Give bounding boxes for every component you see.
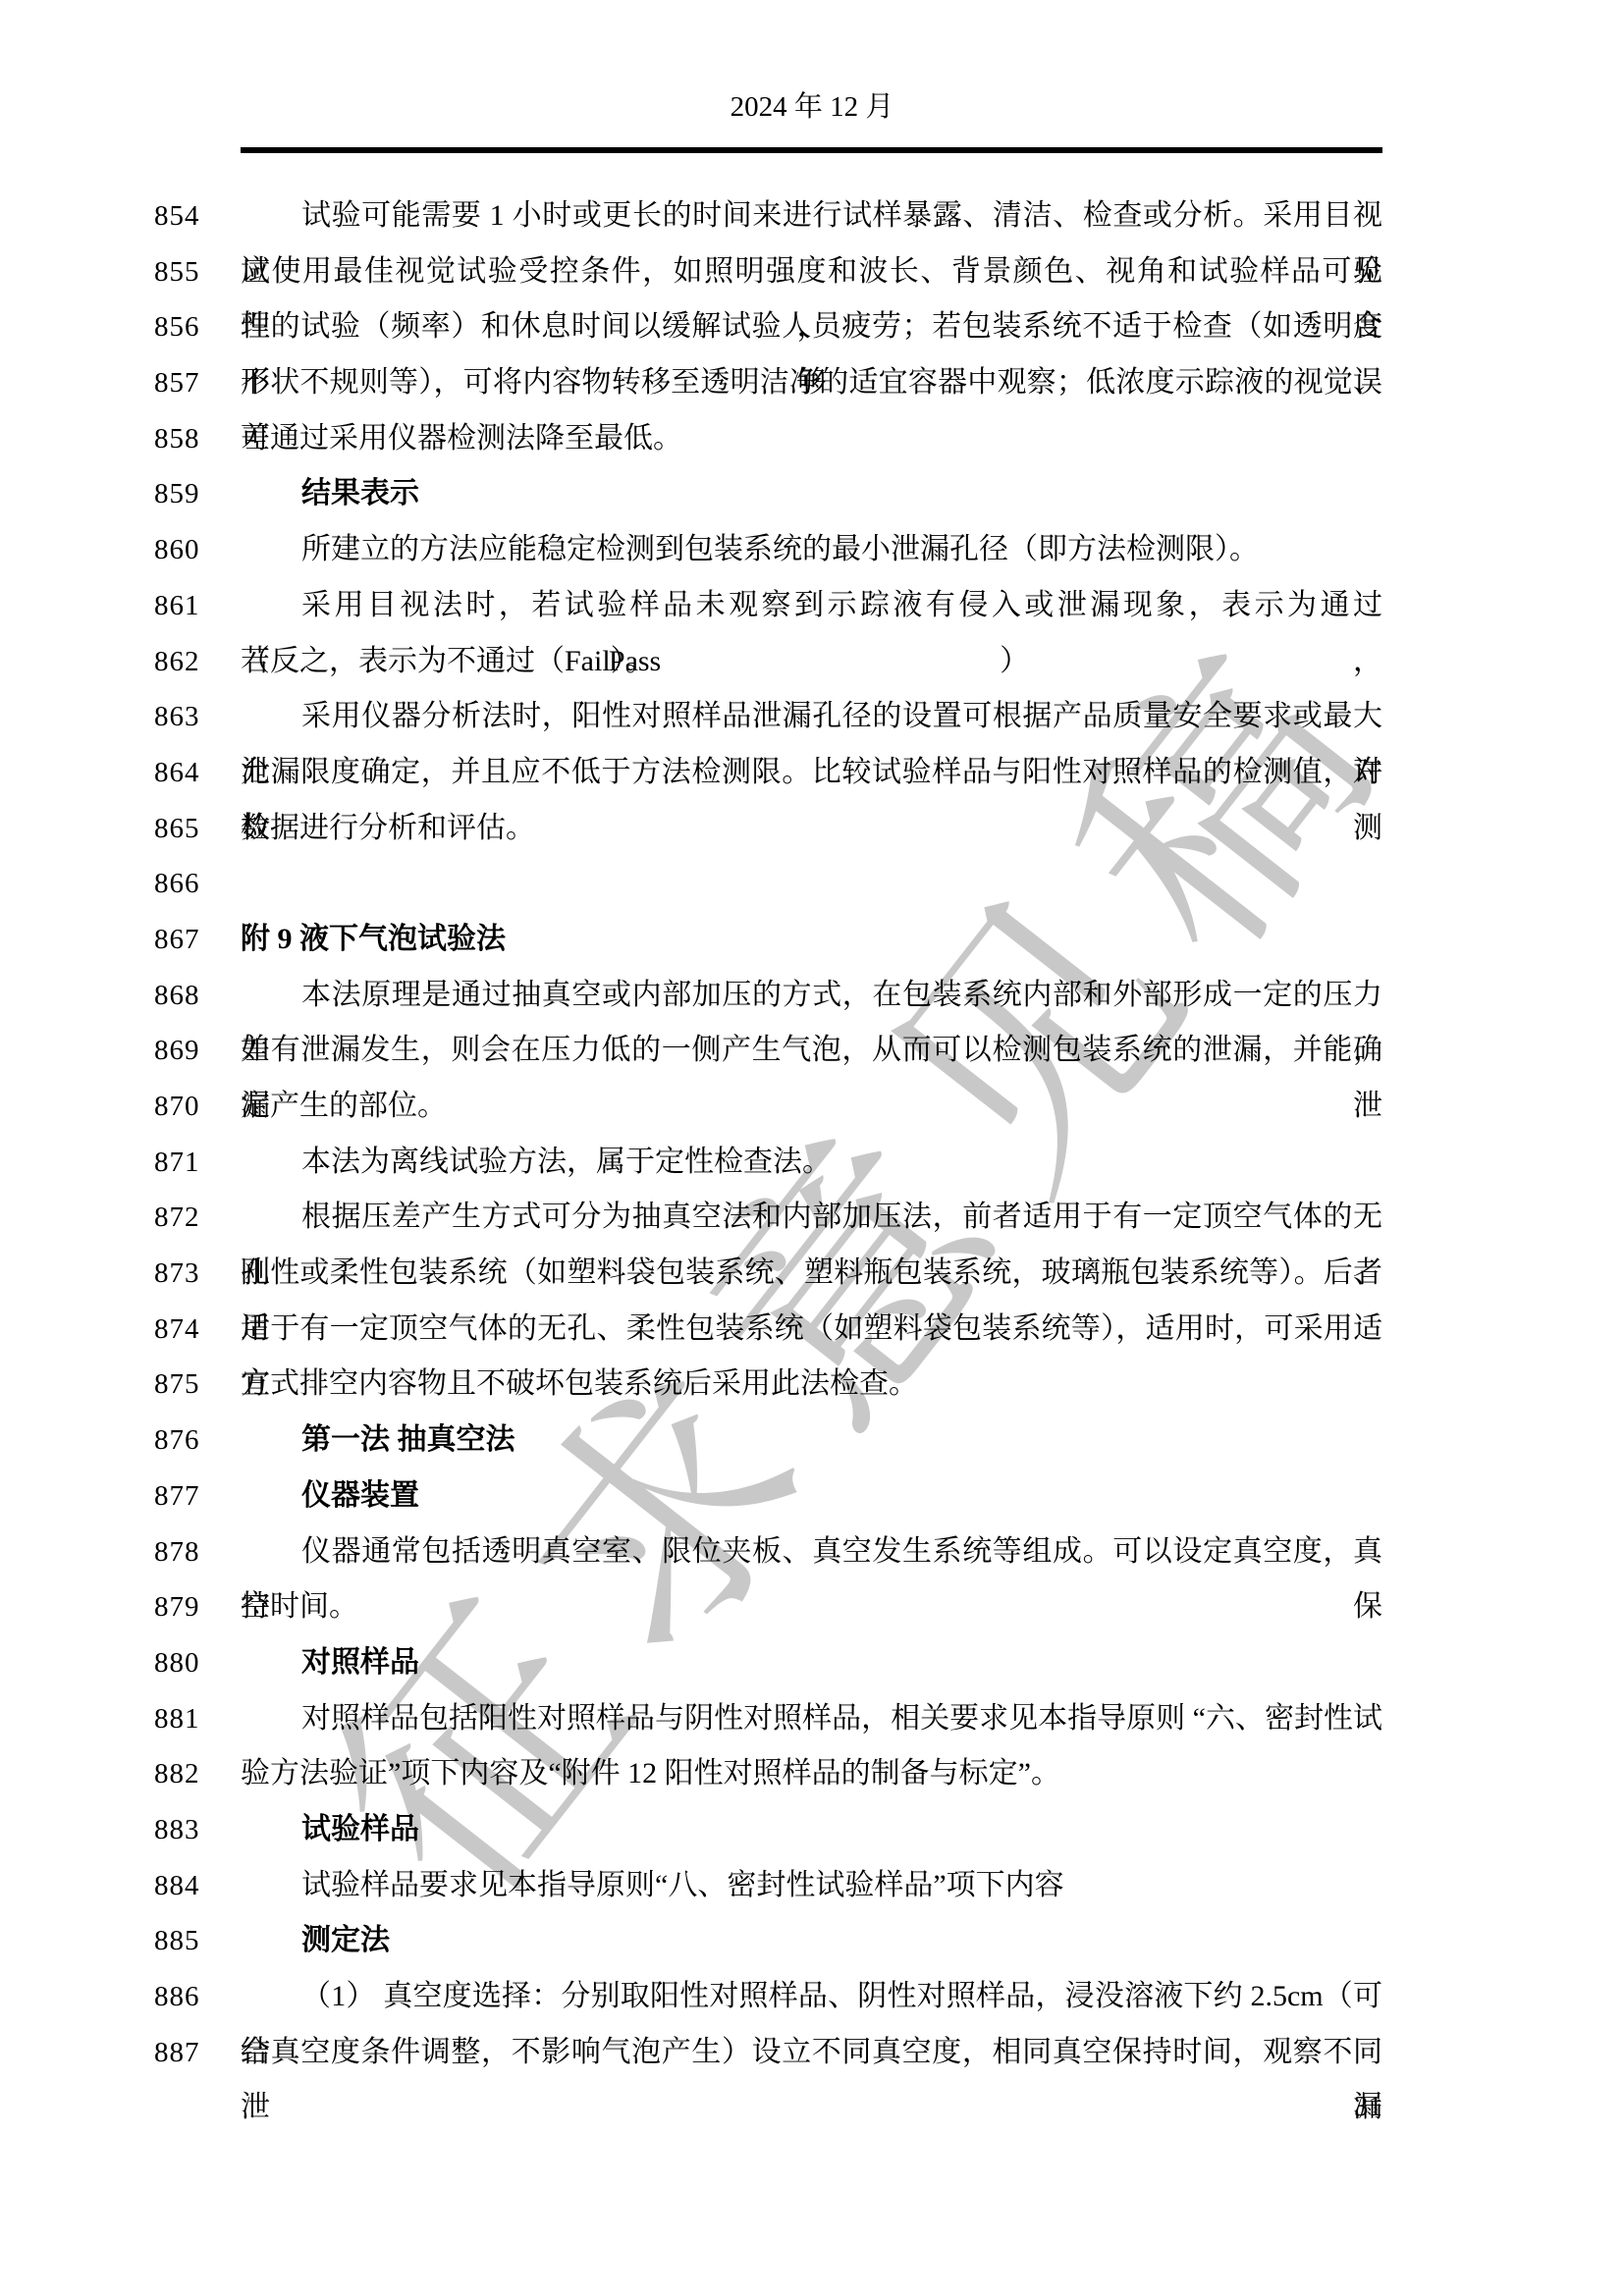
document-line: 886 （1） 真空度选择：分别取阳性对照样品、阴性对照样品，浸没溶液下约 2.… (0, 1969, 1624, 2025)
document-line: 877 仪器装置 (0, 1468, 1624, 1524)
line-text: 持时间。 (241, 1579, 1382, 1635)
line-text: 第一法 抽真空法 (241, 1413, 1382, 1468)
document-line: 854 试验可能需要 1 小时或更长的时间来进行试样暴露、清洁、检查或分析。采用… (0, 188, 1624, 244)
document-line: 866 (0, 856, 1624, 912)
line-number: 856 (154, 299, 200, 355)
line-text: 可通过采用仪器检测法降至最低。 (241, 411, 1382, 467)
line-text: 试验样品 (241, 1802, 1382, 1858)
line-text: 所建立的方法应能稳定检测到包装系统的最小泄漏孔径（即方法检测限）。 (241, 522, 1382, 578)
document-line: 868 本法原理是通过抽真空或内部加压的方式，在包装系统内部和外部形成一定的压力… (0, 968, 1624, 1024)
document-line: 882 验方法验证”项下内容及“附件 12 阳性对照样品的制备与标定”。 (0, 1746, 1624, 1802)
document-line: 871 本法为离线试验方法，属于定性检查法。 (0, 1135, 1624, 1191)
line-number: 879 (154, 1579, 200, 1635)
document-page: 征求意见稿 2024 年 12 月 854 试验可能需要 1 小时或更长的时间来… (0, 0, 1624, 2296)
document-line: 870 漏产生的部位。 (0, 1079, 1624, 1135)
document-line: 884 试验样品要求见本指导原则“八、密封性试验样品”项下内容 (0, 1858, 1624, 1914)
document-body: 854 试验可能需要 1 小时或更长的时间来进行试样暴露、清洁、检查或分析。采用… (0, 188, 1624, 2080)
line-number: 868 (154, 968, 200, 1024)
document-line: 874 用于有一定顶空气体的无孔、柔性包装系统（如塑料袋包装系统等），适用时，可… (0, 1302, 1624, 1358)
document-line: 881 对照样品包括阳性对照样品与阴性对照样品，相关要求见本指导原则 “六、密封… (0, 1691, 1624, 1747)
line-text: 数据进行分析和评估。 (241, 801, 1382, 857)
line-number: 855 (154, 244, 200, 300)
line-number: 885 (154, 1913, 200, 1969)
document-line: 857 形状不规则等），可将内容物转移至透明洁净的适宜容器中观察；低浓度示踪液的… (0, 355, 1624, 411)
line-number: 887 (154, 2025, 200, 2081)
line-number: 866 (154, 856, 200, 912)
page-number: 31 (241, 2091, 1382, 2123)
document-line: 873 刚性或柔性包装系统（如塑料袋包装系统、塑料瓶包装系统，玻璃瓶包装系统等）… (0, 1246, 1624, 1302)
document-line: 875 方式排空内容物且不破坏包装系统后采用此法检查。 (0, 1357, 1624, 1413)
line-number: 880 (154, 1635, 200, 1691)
document-line: 887 合真空度条件调整，不影响气泡产生）设立不同真空度，相同真空保持时间，观察… (0, 2025, 1624, 2081)
line-number: 883 (154, 1802, 200, 1858)
document-line: 883 试验样品 (0, 1802, 1624, 1858)
line-text: 试验样品要求见本指导原则“八、密封性试验样品”项下内容 (241, 1858, 1382, 1914)
line-text: 附 9 液下气泡试验法 (241, 912, 1382, 968)
line-number: 857 (154, 355, 200, 411)
line-text: 方式排空内容物且不破坏包装系统后采用此法检查。 (241, 1357, 1382, 1413)
document-line: 858 可通过采用仪器检测法降至最低。 (0, 411, 1624, 467)
line-number: 859 (154, 466, 200, 522)
document-line: 856 理的试验（频率）和休息时间以缓解试验人员疲劳；若包装系统不适于检查（如透… (0, 299, 1624, 355)
line-text: 结果表示 (241, 466, 1382, 522)
document-line: 878 仪器通常包括透明真空室、限位夹板、真空发生系统等组成。可以设定真空度，真… (0, 1524, 1624, 1580)
line-number: 874 (154, 1302, 200, 1358)
document-line: 864 泄漏限度确定，并且应不低于方法检测限。比较试验样品与阳性对照样品的检测值… (0, 745, 1624, 801)
document-line: 869 如有泄漏发生，则会在压力低的一侧产生气泡，从而可以检测包装系统的泄漏，并… (0, 1023, 1624, 1079)
document-line: 855 应使用最佳视觉试验受控条件，如照明强度和波长、背景颜色、视角和试验样品可… (0, 244, 1624, 300)
header-rule (241, 147, 1382, 153)
document-line: 879 持时间。 (0, 1579, 1624, 1635)
document-line: 862 若反之，表示为不通过（Fail）。 (0, 634, 1624, 690)
line-text: 对照样品包括阳性对照样品与阴性对照样品，相关要求见本指导原则 “六、密封性试 (241, 1691, 1382, 1747)
line-text: 本法为离线试验方法，属于定性检查法。 (241, 1135, 1382, 1191)
line-number: 886 (154, 1969, 200, 2025)
document-line: 876 第一法 抽真空法 (0, 1413, 1624, 1468)
line-number: 863 (154, 689, 200, 745)
line-number: 862 (154, 634, 200, 690)
line-number: 869 (154, 1023, 200, 1079)
document-line: 872 根据压差产生方式可分为抽真空法和内部加压法，前者适用于有一定顶空气体的无… (0, 1190, 1624, 1246)
line-text: 测定法 (241, 1913, 1382, 1969)
line-number: 864 (154, 745, 200, 801)
line-number: 884 (154, 1858, 200, 1914)
document-line: 859 结果表示 (0, 466, 1624, 522)
line-number: 867 (154, 912, 200, 968)
line-number: 881 (154, 1691, 200, 1747)
line-number: 854 (154, 188, 200, 244)
line-number: 876 (154, 1413, 200, 1468)
line-number: 865 (154, 801, 200, 857)
document-line: 885 测定法 (0, 1913, 1624, 1969)
document-line: 861 采用目视法时，若试验样品未观察到示踪液有侵入或泄漏现象，表示为通过（Pa… (0, 578, 1624, 634)
document-line: 863 采用仪器分析法时，阳性对照样品泄漏孔径的设置可根据产品质量安全要求或最大… (0, 689, 1624, 745)
line-number: 875 (154, 1357, 200, 1413)
line-text: 漏产生的部位。 (241, 1079, 1382, 1135)
line-number: 858 (154, 411, 200, 467)
line-text: 验方法验证”项下内容及“附件 12 阳性对照样品的制备与标定”。 (241, 1746, 1382, 1802)
line-number: 873 (154, 1246, 200, 1302)
line-number: 861 (154, 578, 200, 634)
line-text: 仪器装置 (241, 1468, 1382, 1524)
header-date: 2024 年 12 月 (0, 84, 1624, 125)
line-number: 878 (154, 1524, 200, 1580)
document-line: 865 数据进行分析和评估。 (0, 801, 1624, 857)
line-number: 870 (154, 1079, 200, 1135)
line-text: 对照样品 (241, 1635, 1382, 1691)
line-number: 877 (154, 1468, 200, 1524)
line-number: 860 (154, 522, 200, 578)
document-line: 860 所建立的方法应能稳定检测到包装系统的最小泄漏孔径（即方法检测限）。 (0, 522, 1624, 578)
line-number: 872 (154, 1190, 200, 1246)
line-text: 若反之，表示为不通过（Fail）。 (241, 634, 1382, 690)
document-line: 867 附 9 液下气泡试验法 (0, 912, 1624, 968)
line-number: 871 (154, 1135, 200, 1191)
line-number: 882 (154, 1746, 200, 1802)
document-line: 880 对照样品 (0, 1635, 1624, 1691)
